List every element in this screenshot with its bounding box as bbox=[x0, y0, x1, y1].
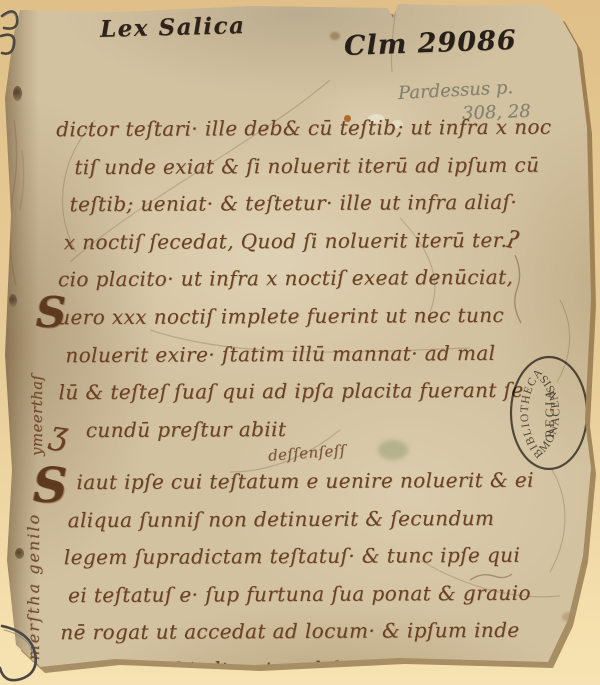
stamp-text-middle: REGIA bbox=[542, 388, 557, 438]
pencil-note-reference: Pardessus p. bbox=[398, 77, 514, 104]
manuscript-line: iaut ipſe cui teſtatum e uenire noluerit… bbox=[76, 462, 536, 502]
manuscript-text-block-2: iaut ipſe cui teſtatum e uenire noluerit… bbox=[56, 462, 537, 685]
binding-hole bbox=[13, 86, 22, 101]
parchment-page: Lex Salica Clm 29086 Pardessus p. 308, 2… bbox=[0, 0, 600, 685]
ink-smudge bbox=[330, 32, 340, 40]
manuscript-line: teſtib; ueniat· & teſtetur· ille ut infr… bbox=[70, 184, 537, 224]
manuscript-line: aliqua ſunniſ non detinuerit & ſecundum bbox=[68, 499, 537, 539]
thread-highlight bbox=[3, 13, 16, 19]
manuscript-line: legem ſupradictam teſtatuſ· & tunc ipſe … bbox=[64, 537, 537, 577]
margin-gloss-lower: omerſtha genilo bbox=[24, 513, 43, 672]
thread-loop-top bbox=[2, 11, 17, 28]
margin-gloss-upper: ymeerthaſ bbox=[28, 375, 46, 456]
manuscript-line: cio placito· ut infra x noctiſ exeat den… bbox=[58, 259, 537, 299]
library-stamp: BIBLIOTHECA MONACENSIS REGIA bbox=[507, 353, 591, 473]
manuscript-line: nē rogat ut accedat ad locum· & ipſum in… bbox=[60, 612, 537, 652]
decorated-initial-lower: S bbox=[33, 458, 68, 514]
manuscript-line: uero xxx noctiſ implete fuerint ut nec t… bbox=[57, 297, 537, 337]
manuscript-line: lū & teſteſ ſuaſ qui ad ipſa placita fue… bbox=[58, 372, 537, 412]
binding-hole bbox=[15, 548, 24, 559]
shelfmark-label: Clm 29086 bbox=[344, 25, 518, 62]
manuscript-photo: Lex Salica Clm 29086 Pardessus p. 308, 2… bbox=[0, 0, 600, 685]
manuscript-text-block-1: dictor teſtari· ille deb& cū teſtib; ut … bbox=[56, 109, 538, 450]
binding-hole bbox=[9, 294, 17, 307]
page-title: Lex Salica bbox=[100, 12, 246, 43]
manuscript-line: ei teſtatuſ e· ſup furtuna ſua ponat & g… bbox=[68, 575, 537, 615]
manuscript-line: dictor teſtari· ille deb& cū teſtib; ut … bbox=[56, 109, 536, 149]
decorated-initial-upper: S bbox=[36, 288, 67, 337]
manuscript-line: noluerit exire· ſtatim illū mannat· ad m… bbox=[65, 334, 537, 374]
manuscript-line: x noctiſ ſecedat, Quod ſi noluerit iterū… bbox=[64, 222, 537, 262]
manuscript-line: tiſ unde exiat & ſi noluerit iterū ad ip… bbox=[74, 146, 536, 186]
